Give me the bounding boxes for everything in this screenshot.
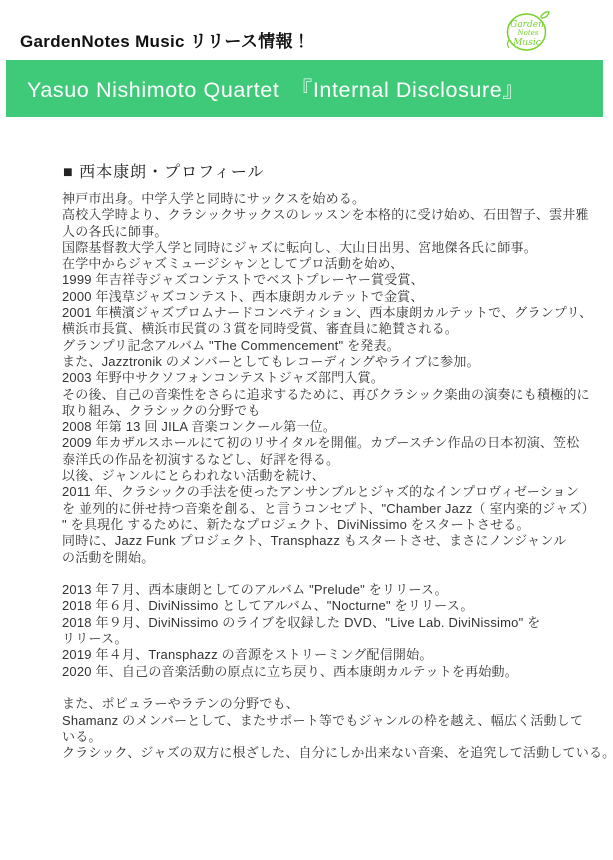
profile-line: の活動を開始。	[62, 550, 602, 566]
release-title-banner: Yasuo Nishimoto Quartet 『Internal Disclo…	[6, 60, 603, 117]
profile-line: " を具現化 するために、新たなプロジェクト、DiviNissimo をスタート…	[62, 517, 602, 533]
profile-line: 2011 年、クラシックの手法を使ったアンサンブルとジャズ的なインプロヴィゼーシ…	[62, 484, 602, 500]
profile-line: 神戸市出身。中学入学と同時にサックスを始める。	[62, 191, 602, 207]
logo-flourish	[508, 40, 510, 48]
logo-leaf	[541, 12, 549, 18]
gardennotes-logo-icon: Garden Notes Music	[504, 7, 551, 54]
profile-line: リリース。	[62, 631, 602, 647]
profile-line: いる。	[62, 729, 602, 745]
profile-line: 2018 年９月、DiviNissimo のライブを収録した DVD、"Live…	[62, 615, 602, 631]
profile-line: 人の各氏に師事。	[62, 224, 602, 240]
profile-line-blank	[62, 566, 602, 582]
profile-line: その後、自己の音楽性をさらに追求するために、再びクラシック楽曲の演奏にも積極的に	[62, 387, 602, 403]
logo-text-music: Music	[512, 38, 541, 48]
profile-line: クラシック、ジャズの双方に根ざした、自分にしか出来ない音楽、を追究して活動してい…	[62, 745, 602, 761]
profile-line: 2009 年カザルスホールにて初のリサイタルを開催。カプースチン作品の日本初演、…	[62, 435, 602, 451]
profile-line: 同時に、Jazz Funk プロジェクト、Transphazz もスタートさせ、…	[62, 533, 602, 549]
profile-line: 2000 年浅草ジャズコンテスト、西本康朗カルテットで金賞、	[62, 289, 602, 305]
logo-text-notes: Notes	[517, 29, 539, 37]
profile-line: 国際基督教大学入学と同時にジャズに転向し、大山日出男、宮地傑各氏に師事。	[62, 240, 602, 256]
profile-line: を 並列的に併せ持つ音楽を創る、と言うコンセプト、"Chamber Jazz（ …	[62, 501, 602, 517]
profile-line: また、Jazztronik のメンバーとしてもレコーディングやライブに参加。	[62, 354, 602, 370]
profile-line: 2020 年、自己の音楽活動の原点に立ち戻り、西本康朗カルテットを再始動。	[62, 664, 602, 680]
release-title: Yasuo Nishimoto Quartet 『Internal Disclo…	[27, 73, 524, 104]
page-title: GardenNotes Music リリース情報！	[20, 27, 310, 52]
profile-line: 2018 年６月、DiviNissimo としてアルバム、"Nocturne" …	[62, 598, 602, 614]
profile-line: 在学中からジャズミュージシャンとしてプロ活動を始め、	[62, 256, 602, 272]
profile-line: 2003 年野中サクソフォンコンテストジャズ部門入賞。	[62, 370, 602, 386]
profile-line: また、ポピュラーやラテンの分野でも、	[62, 696, 602, 712]
profile-line: 2019 年４月、Transphazz の音源をストリーミング配信開始。	[62, 647, 602, 663]
profile-line: グランプリ記念アルバム "The Commencement" を発表。	[62, 338, 602, 354]
profile-line: 1999 年吉祥寺ジャズコンテストでベストプレーヤー賞受賞、	[62, 272, 602, 288]
profile-line: 高校入学時より、クラシックサックスのレッスンを本格的に受け始め、石田智子、雲井雅	[62, 207, 602, 223]
profile-line: Shamanz のメンバーとして、またサポート等でもジャンルの枠を越え、幅広く活…	[62, 713, 602, 729]
profile-line: 横浜市長賞、横浜市民賞の３賞を同時受賞、審査員に絶賛される。	[62, 321, 602, 337]
profile-line: 2008 年第 13 回 JILA 音楽コンクール第一位。	[62, 419, 602, 435]
profile-line: 泰洋氏の作品を初演するなどし、好評を得る。	[62, 452, 602, 468]
profile-line: 2013 年７月、西本康朗としてのアルバム "Prelude" をリリース。	[62, 582, 602, 598]
profile-line: 2001 年横濱ジャズプロムナードコンペティション、西本康朗カルテットで、グラン…	[62, 305, 602, 321]
profile-line-blank	[62, 680, 602, 696]
profile-body: 神戸市出身。中学入学と同時にサックスを始める。 高校入学時より、クラシックサック…	[62, 191, 602, 761]
profile-heading: ■ 西本康朗・プロフィール	[63, 159, 265, 182]
profile-line: 以後、ジャンルにとらわれない活動を続け、	[62, 468, 602, 484]
profile-line: 取り組み、クラシックの分野でも	[62, 403, 602, 419]
